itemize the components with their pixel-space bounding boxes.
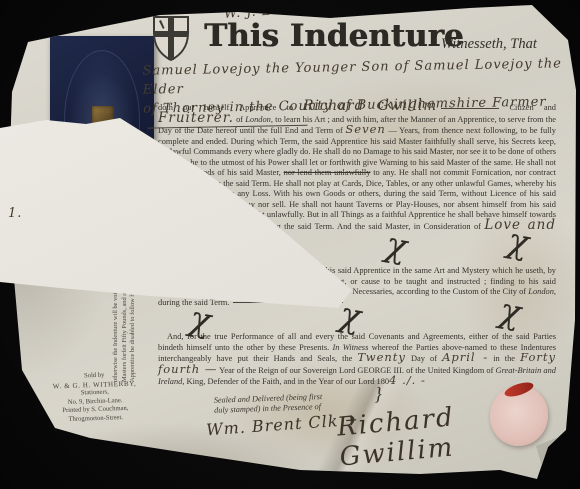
- struck-out-text: nor lend them unlawfully: [284, 168, 371, 177]
- print-text: Day of: [406, 354, 442, 363]
- print-text: of: [234, 115, 245, 124]
- print-text: , King, Defender of the Faith, and in th…: [182, 377, 389, 386]
- print-text-italic: London: [528, 287, 554, 296]
- print-text-italic: London: [245, 115, 271, 124]
- ruled-line: [441, 108, 499, 109]
- attestation-brace: }: [374, 390, 382, 400]
- execution-paragraph: And, for the true Performance of all and…: [158, 332, 556, 388]
- photo-backdrop: W. J. L. This Indenture Witnesseth, That…: [0, 0, 580, 489]
- print-text: Year of the Reign of our Sovereign Lord …: [217, 366, 495, 375]
- year-digit-handwritten: 4 ./. -: [389, 373, 426, 387]
- document-title: This Indenture: [204, 18, 464, 54]
- print-text: Citizen and: [499, 103, 556, 112]
- month-handwritten: April -: [442, 350, 488, 364]
- wax-seal: [490, 386, 548, 446]
- print-text: in the: [488, 354, 520, 363]
- stationer-imprint: Sold by W. & G. H. WITHERBY, Stationers,…: [29, 370, 161, 426]
- stray-pen-mark: 1.: [8, 206, 22, 221]
- title-suffix: Witnesseth, That: [441, 36, 537, 53]
- term-years-handwritten: Seven: [345, 122, 385, 136]
- day-handwritten: Twenty: [357, 350, 405, 364]
- master-name-handwritten: Richard Gwillim: [303, 98, 437, 114]
- trade-handwritten: Fruiterer.: [158, 110, 234, 126]
